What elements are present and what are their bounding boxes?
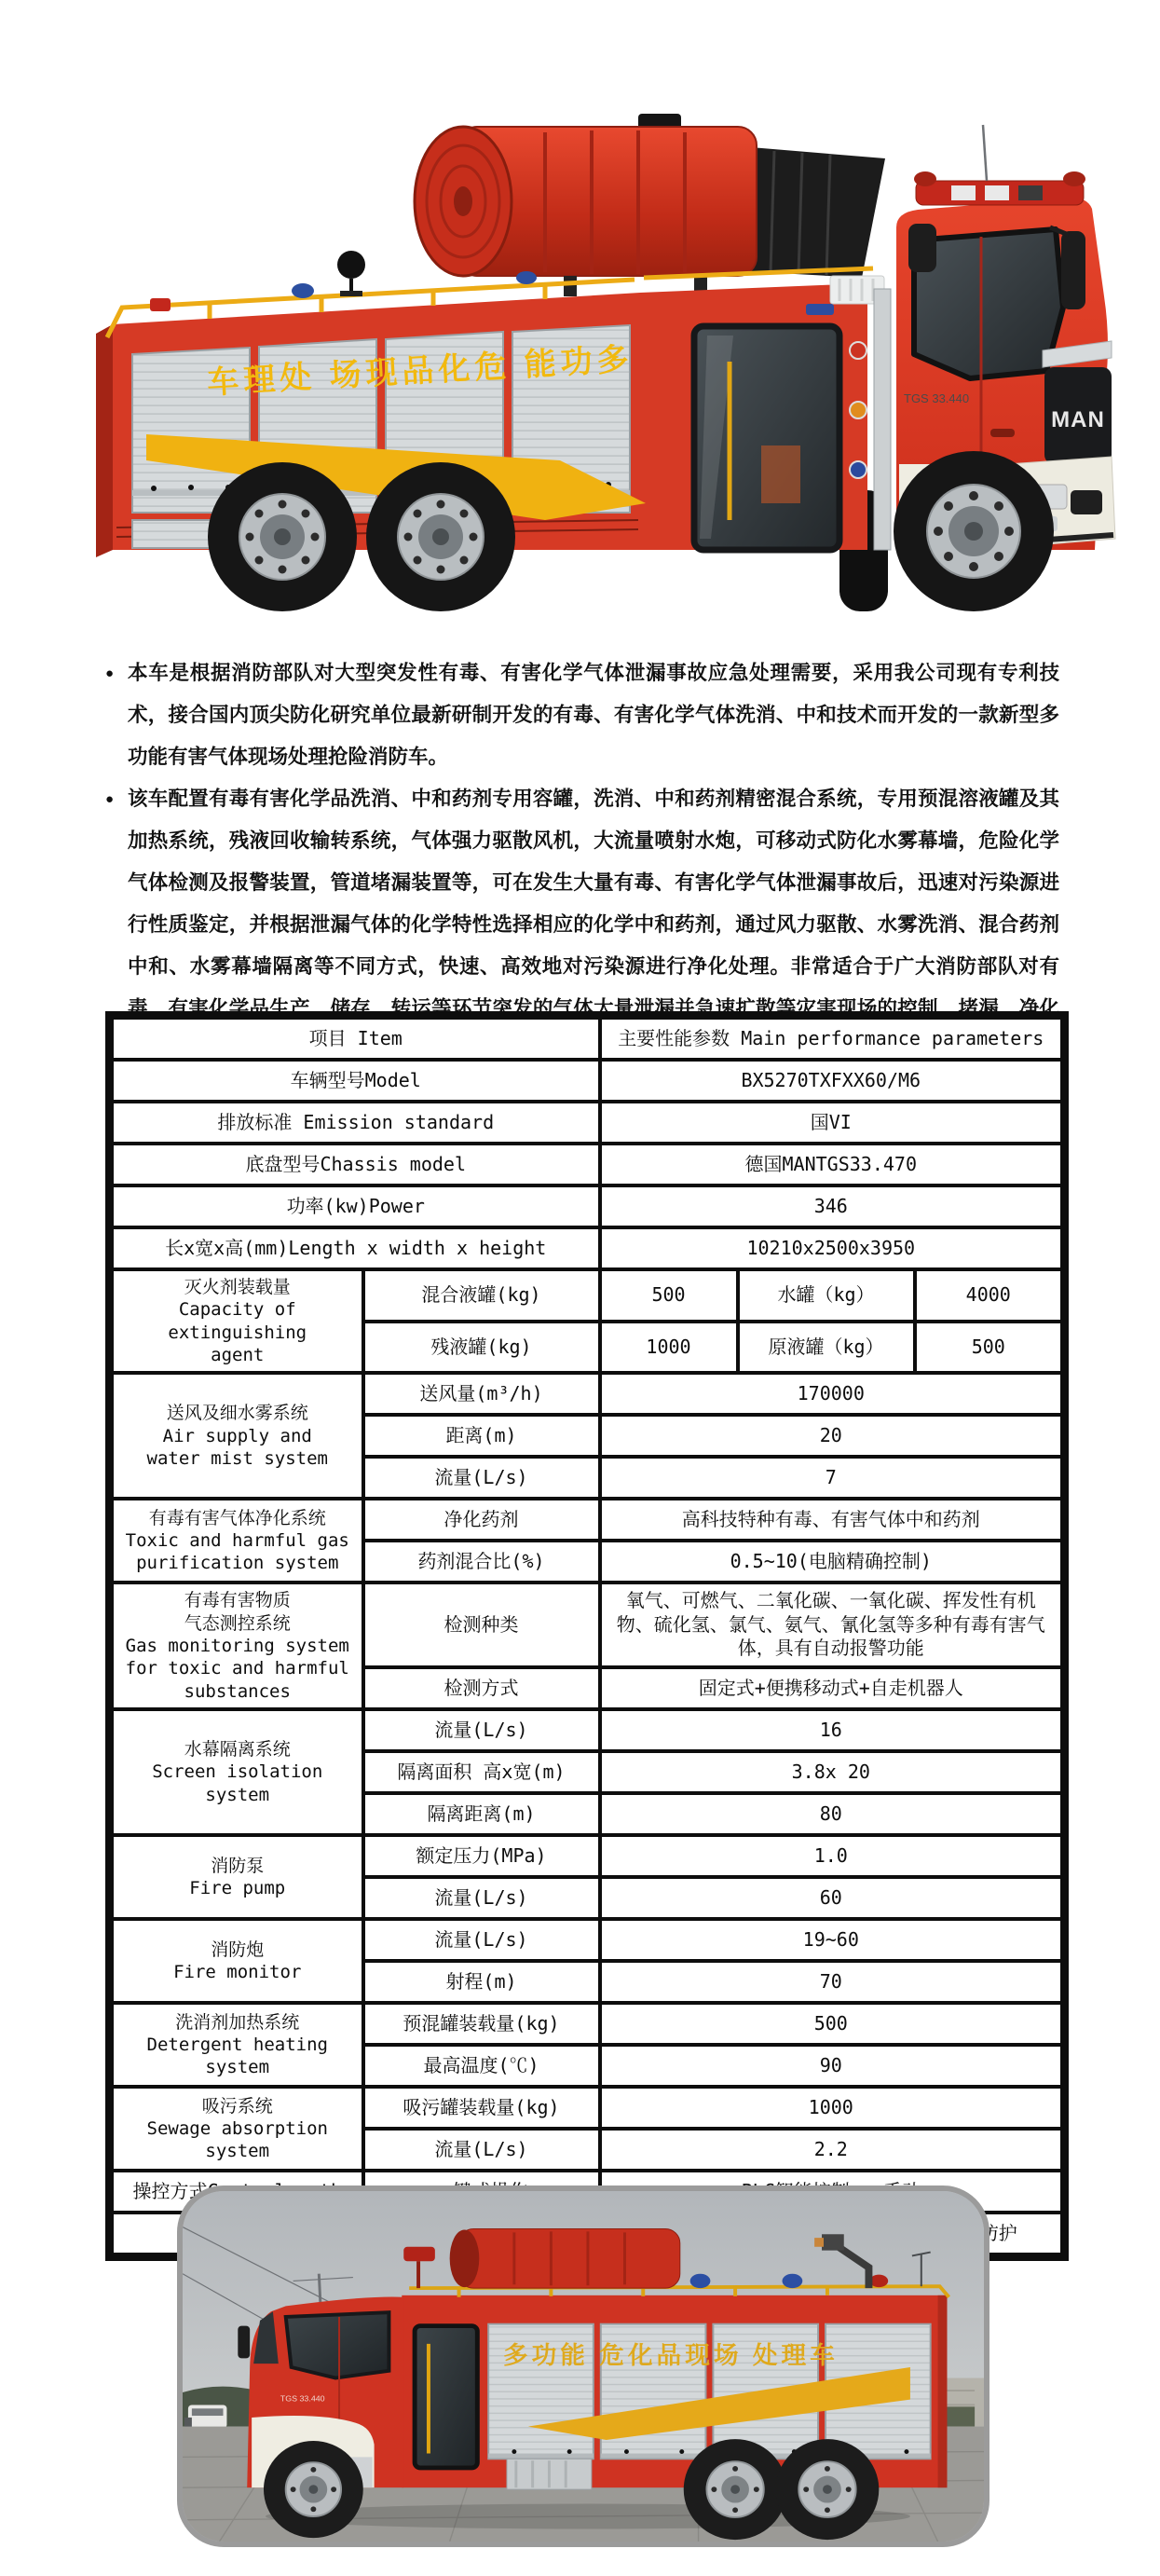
table-row: 消防泵 Fire pump 额定压力(MPa) 1.0 [110, 1835, 1065, 1877]
spec-value: 德国MANTGS33.470 [600, 1144, 1065, 1185]
table-row: 有毒有害物质 气态测控系统 Gas monitoring system for … [110, 1583, 1065, 1667]
spec-param: 混合液罐(kg) [363, 1269, 600, 1322]
spec-value: 7 [600, 1457, 1065, 1499]
table-row: 底盘型号Chassis model 德国MANTGS33.470 [110, 1144, 1065, 1185]
table-row: 水幕隔离系统 Screen isolation system 流量(L/s) 1… [110, 1709, 1065, 1751]
side-rear-wheel [684, 2439, 787, 2540]
spec-param: 净化药剂 [363, 1499, 600, 1541]
front-truck-illustration: 车理处 场现品化危 能功多 [42, 54, 1118, 637]
blue-dome-beacon [690, 2274, 711, 2288]
spec-value: 500 [600, 2003, 1065, 2045]
brand-logo: MAN [1051, 407, 1105, 432]
spec-param: 隔离面积 高x宽(m) [363, 1751, 600, 1793]
header-params: 主要性能参数 Main performance parameters [600, 1016, 1065, 1061]
spec-label: 底盘型号Chassis model [110, 1144, 600, 1185]
spec-value: 500 [600, 1269, 738, 1322]
group-label: 送风及细水雾系统 Air supply and water mist syste… [110, 1373, 363, 1499]
group-label: 有毒有害物质 气态测控系统 Gas monitoring system for … [110, 1583, 363, 1709]
table-row: 洗消剂加热系统 Detergent heating system 预混罐装载量(… [110, 2003, 1065, 2045]
side-model-badge: TGS 33.440 [280, 2394, 325, 2404]
spec-param: 药剂混合比(%) [363, 1541, 600, 1583]
spec-param: 额定压力(MPa) [363, 1835, 600, 1877]
cab-model-badge: TGS 33.440 [904, 391, 969, 405]
spec-value: 346 [600, 1185, 1065, 1227]
spec-label: 功率(kw)Power [110, 1185, 600, 1227]
spec-param: 吸污罐装载量(kg) [363, 2087, 600, 2129]
side-bay-door [415, 2326, 477, 2468]
spec-value: 90 [600, 2045, 1065, 2087]
rear-wheel [208, 462, 357, 611]
spec-value: 1000 [600, 1322, 738, 1374]
spec-param: 流量(L/s) [363, 1709, 600, 1751]
spec-value: 1.0 [600, 1835, 1065, 1877]
spec-param: 检测方式 [363, 1667, 600, 1709]
spec-value: 固定式+便携移动式+自走机器人 [600, 1667, 1065, 1709]
spec-param: 预混罐装载量(kg) [363, 2003, 600, 2045]
spec-value: 国VI [600, 1102, 1065, 1144]
light-bar [914, 125, 1085, 205]
rear-beacon [150, 298, 171, 311]
spec-value: 氧气、可燃气、二氧化碳、一氧化碳、挥发性有机物、硫化氢、氯气、氨气、氰化氢等多种… [600, 1583, 1065, 1667]
intro-section: ●本车是根据消防部队对大型突发性有毒、有害化学气体泄漏事故应急处理需要，采用我公… [105, 652, 1059, 1072]
table-row: 吸污系统 Sewage absorption system 吸污罐装载量(kg)… [110, 2087, 1065, 2129]
spec-value: 500 [915, 1322, 1065, 1374]
table-row: 灭火剂装载量 Capacity of extinguishing agent 混… [110, 1269, 1065, 1322]
bullet-icon: ● [105, 778, 114, 820]
spec-value: 80 [600, 1793, 1065, 1835]
spec-value: 高科技特种有毒、有害气体中和药剂 [600, 1499, 1065, 1541]
spec-value: 3.8x 20 [600, 1751, 1065, 1793]
table-row: 项目 Item 主要性能参数 Main performance paramete… [110, 1016, 1065, 1061]
side-roof-blower [450, 2228, 680, 2288]
spec-value: 2.2 [600, 2129, 1065, 2171]
header-item: 项目 Item [110, 1016, 600, 1061]
group-label: 洗消剂加热系统 Detergent heating system [110, 2003, 363, 2087]
group-label: 有毒有害气体净化系统 Toxic and harmful gas purific… [110, 1499, 363, 1583]
spec-value: 4000 [915, 1269, 1065, 1322]
roof-spotlight [337, 251, 365, 296]
spec-value: 0.5~10(电脑精确控制) [600, 1541, 1065, 1583]
side-photo: TGS 33.440 多功能 危化品现场 处理车 [177, 2185, 989, 2547]
spec-value: 70 [600, 1961, 1065, 2003]
spec-label: 长x宽x高(mm)Length x width x height [110, 1227, 600, 1269]
table-row: 有毒有害气体净化系统 Toxic and harmful gas purific… [110, 1499, 1065, 1541]
spec-value: 19~60 [600, 1919, 1065, 1961]
spec-param: 流量(L/s) [363, 1877, 600, 1919]
spec-param: 检测种类 [363, 1583, 600, 1667]
spec-param: 流量(L/s) [363, 1919, 600, 1961]
spec-value: 10210x2500x3950 [600, 1227, 1065, 1269]
blue-dome-beacon [292, 283, 314, 298]
group-label: 消防炮 Fire monitor [110, 1919, 363, 2003]
spec-param: 流量(L/s) [363, 1457, 600, 1499]
spec-param: 最高温度(℃) [363, 2045, 600, 2087]
spec-value: 60 [600, 1877, 1065, 1919]
spec-value: 170000 [600, 1373, 1065, 1415]
group-label: 吸污系统 Sewage absorption system [110, 2087, 363, 2171]
table-row: 车辆型号Model BX5270TXFXX60/M6 [110, 1060, 1065, 1102]
spec-param: 隔离距离(m) [363, 1793, 600, 1835]
spec-param: 残液罐(kg) [363, 1322, 600, 1374]
side-front-wheel [264, 2441, 363, 2538]
side-truck-photo: TGS 33.440 多功能 危化品现场 处理车 [183, 2191, 984, 2542]
spec-label: 车辆型号Model [110, 1060, 600, 1102]
blue-dome-beacon [783, 2274, 803, 2288]
performance-spec-table: 项目 Item 主要性能参数 Main performance paramete… [105, 1011, 1069, 2261]
table-row: 消防炮 Fire monitor 流量(L/s) 19~60 [110, 1919, 1065, 1961]
spec-table-section: 项目 Item 主要性能参数 Main performance paramete… [105, 1011, 1064, 2261]
intro-paragraph-text: 本车是根据消防部队对大型突发性有毒、有害化学气体泄漏事故应急处理需要，采用我公司… [128, 662, 1059, 768]
group-label: 灭火剂装载量 Capacity of extinguishing agent [110, 1269, 363, 1373]
spec-param: 距离(m) [363, 1415, 600, 1457]
spec-value: BX5270TXFXX60/M6 [600, 1060, 1065, 1102]
hero-truck-image: 车理处 场现品化危 能功多 [42, 54, 1118, 637]
spec-param: 送风量(m³/h) [363, 1373, 600, 1415]
front-wheel [894, 451, 1054, 611]
spec-param: 原液罐（kg） [738, 1322, 915, 1374]
group-label: 消防泵 Fire pump [110, 1835, 363, 1919]
table-row: 长x宽x高(mm)Length x width x height 10210x2… [110, 1227, 1065, 1269]
spec-value: 20 [600, 1415, 1065, 1457]
side-body-lettering: 多功能 危化品现场 处理车 [503, 2341, 839, 2369]
antenna [983, 125, 987, 181]
equipment-bay-door [694, 304, 839, 550]
table-row: 功率(kw)Power 346 [110, 1185, 1065, 1227]
spec-value: 16 [600, 1709, 1065, 1751]
body-rear-edge [96, 324, 113, 557]
spec-value: 1000 [600, 2087, 1065, 2129]
group-label: 水幕隔离系统 Screen isolation system [110, 1709, 363, 1835]
spec-param: 流量(L/s) [363, 2129, 600, 2171]
blue-dome-beacon [516, 271, 537, 284]
side-rear-wheel [776, 2439, 880, 2540]
bullet-icon: ● [105, 652, 114, 694]
cab-rear-channel [874, 289, 891, 550]
rear-wheel [366, 462, 515, 611]
spec-param: 射程(m) [363, 1961, 600, 2003]
intro-paragraph: ●本车是根据消防部队对大型突发性有毒、有害化学气体泄漏事故应急处理需要，采用我公… [105, 652, 1059, 778]
table-row: 排放标准 Emission standard 国VI [110, 1102, 1065, 1144]
parked-cars [184, 2405, 226, 2430]
brochure-page: 车理处 场现品化危 能功多 [0, 0, 1160, 2576]
spec-param: 水罐（kg） [738, 1269, 915, 1322]
table-row: 送风及细水雾系统 Air supply and water mist syste… [110, 1373, 1065, 1415]
spec-label: 排放标准 Emission standard [110, 1102, 600, 1144]
